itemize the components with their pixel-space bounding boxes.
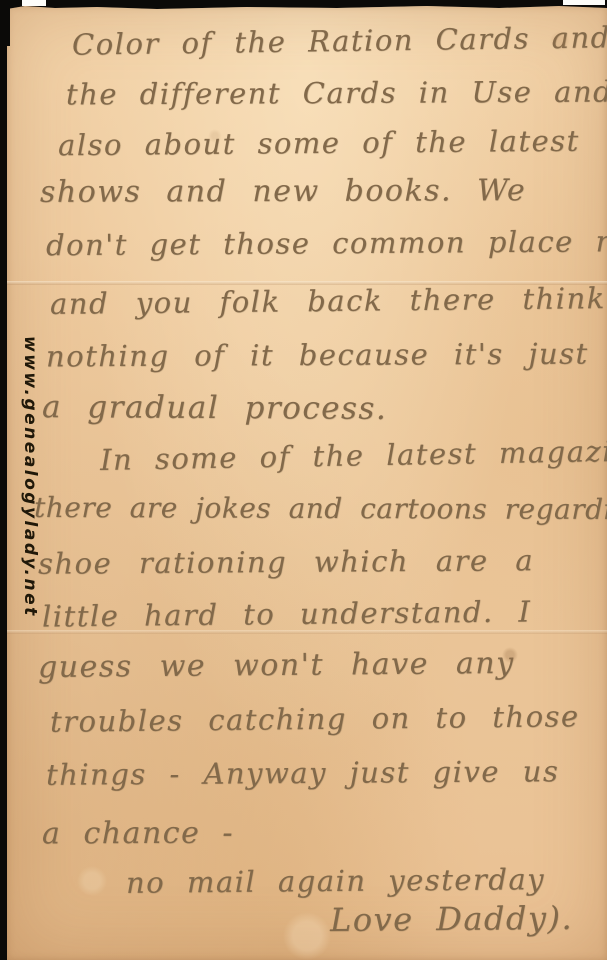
handwritten-line: a chance - bbox=[42, 816, 234, 852]
handwritten-line: and you folk back there think bbox=[50, 281, 606, 321]
handwritten-line: shoe rationing which are a bbox=[38, 543, 534, 580]
handwritten-line: the different Cards in Use and bbox=[66, 75, 607, 112]
letter-page: www.genealogylady.net Color of the Ratio… bbox=[7, 6, 607, 960]
handwritten-line: no mail again yesterday bbox=[126, 862, 545, 900]
watermark-text: www.genealogylady.net bbox=[20, 336, 40, 618]
handwritten-line: guess we won't have any bbox=[38, 646, 515, 685]
letter-scan: www.genealogylady.net Color of the Ratio… bbox=[0, 0, 607, 960]
signature-line: Love Daddy). bbox=[330, 899, 573, 939]
handwritten-line: there are jokes and cartoons regarding bbox=[34, 491, 607, 526]
handwritten-line: nothing of it because it's just bbox=[46, 337, 589, 374]
handwritten-line: shows and new books. We bbox=[40, 173, 526, 210]
handwritten-line: little hard to understand. I bbox=[42, 594, 532, 633]
scan-edge-corner bbox=[0, 0, 10, 46]
handwritten-line: In some of the latest magazines bbox=[100, 433, 607, 477]
torn-edge-chip bbox=[563, 0, 605, 5]
handwritten-line: troubles catching on to those bbox=[50, 699, 580, 739]
handwritten-line: Color of the Ration Cards and bbox=[72, 20, 607, 62]
handwritten-line: a gradual process. bbox=[42, 389, 387, 427]
handwritten-line: don't get those common place news- bbox=[46, 224, 607, 262]
handwritten-line: also about some of the latest bbox=[58, 124, 580, 163]
torn-edge-chip bbox=[22, 0, 46, 6]
handwritten-line: things - Anyway just give us bbox=[46, 754, 560, 792]
